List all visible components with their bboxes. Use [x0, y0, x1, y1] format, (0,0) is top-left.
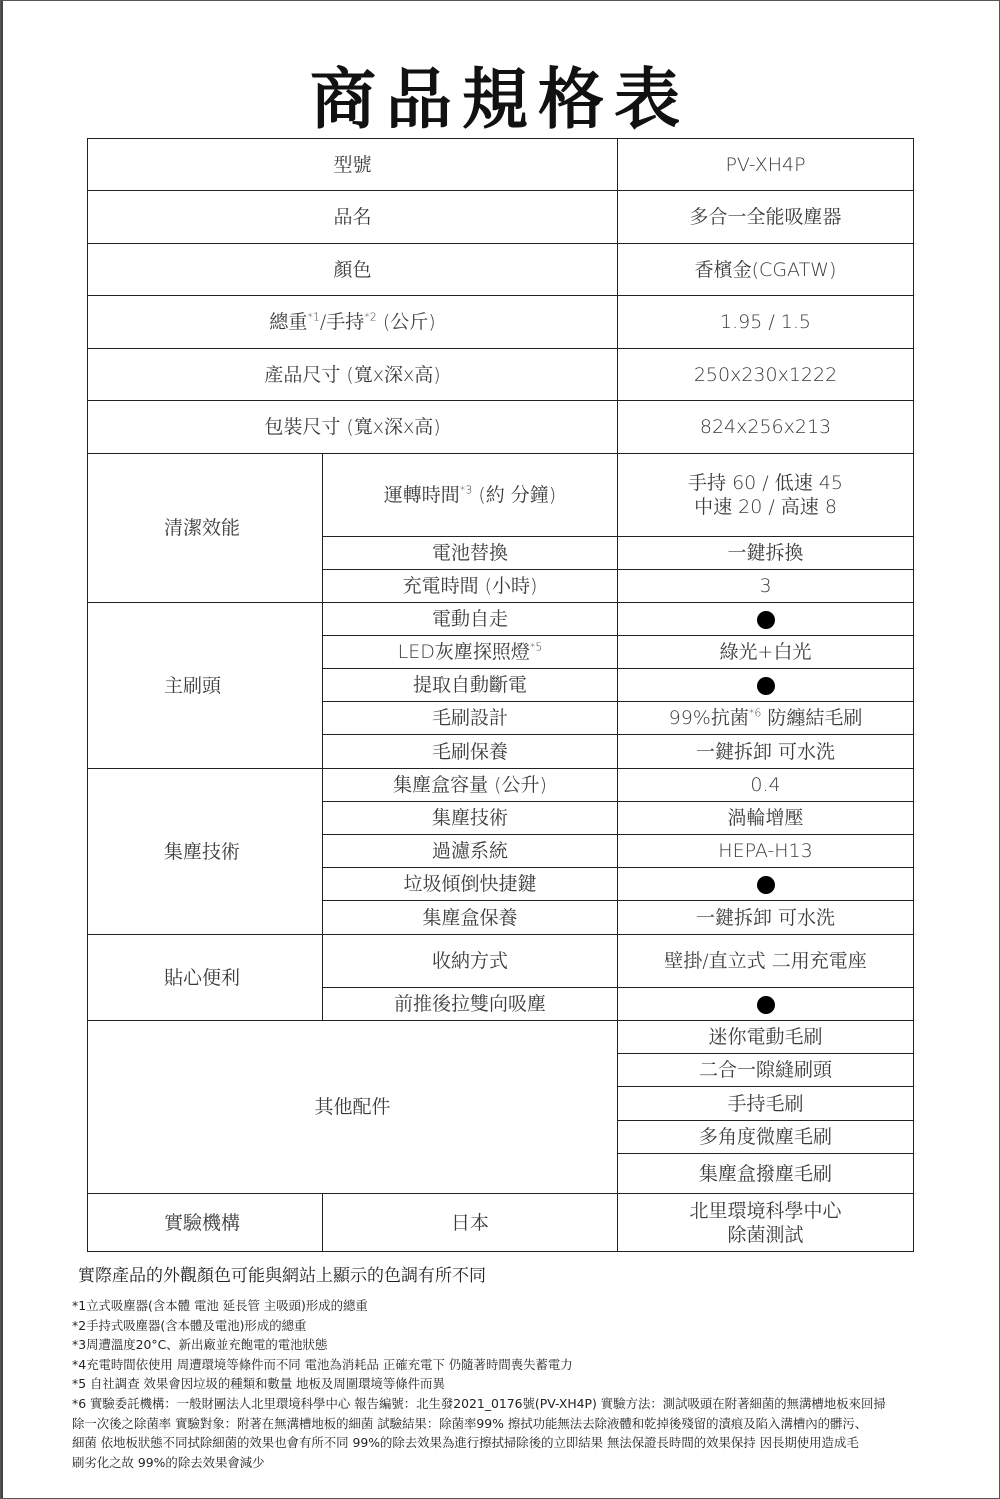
category-cell-cleaning: 清潔效能	[88, 454, 323, 603]
table-row: 集塵技術 集塵盒容量 (公升) 0.4	[88, 769, 914, 802]
label-text: (公斤)	[377, 311, 436, 333]
accessory-cell: 多角度微塵毛刷	[618, 1121, 914, 1154]
value-cell: 壁掛/直立式 二用充電座	[618, 935, 914, 988]
value-cell: 0.4	[618, 769, 914, 802]
footnote-6-cont: 除一次後之除菌率 實驗對象：附著在無溝槽地板的細菌 試驗結果：除菌率99% 擦拭…	[72, 1414, 932, 1434]
label-cell: 充電時間 (小時)	[323, 570, 618, 603]
label-cell: 前推後拉雙向吸塵	[323, 988, 618, 1021]
label-text: 總重	[269, 311, 307, 333]
label-cell: 包裝尺寸 (寬x深x高)	[88, 401, 618, 454]
footnote-5: *5 自社調查 效果會因垃圾的種類和數量 地板及周圍環境等條件而異	[72, 1374, 932, 1394]
feature-dot-icon	[757, 876, 775, 894]
label-cell: 集塵技術	[323, 802, 618, 835]
table-row-weight: 總重*1/手持*2 (公斤) 1.95 / 1.5	[88, 296, 914, 349]
feature-dot-icon	[757, 611, 775, 629]
page-title: 商品規格表	[0, 58, 1000, 142]
value-line: 除菌測試	[618, 1223, 913, 1247]
value-cell: 824x256x213	[618, 401, 914, 454]
table-row: 其他配件 迷你電動毛刷	[88, 1021, 914, 1054]
color-disclaimer: 實際產品的外觀顏色可能與網站上顯示的色調有所不同	[78, 1261, 486, 1286]
value-line: 北里環境科學中心	[618, 1199, 913, 1223]
label-cell: 型號	[88, 139, 618, 191]
value-cell: 3	[618, 570, 914, 603]
value-cell	[618, 669, 914, 702]
accessory-cell: 集塵盒撥塵毛刷	[618, 1154, 914, 1194]
footnote-1: *1立式吸塵器(含本體 電池 延長管 主吸頭)形成的總重	[72, 1296, 932, 1316]
value-cell: 多合一全能吸塵器	[618, 191, 914, 244]
value-text: 防纏結毛刷	[761, 707, 862, 729]
value-line: 中速 20 / 高速 8	[618, 495, 913, 519]
category-cell-brush: 主刷頭	[88, 603, 323, 769]
label-cell: 垃圾傾倒快捷鍵	[323, 868, 618, 901]
label-cell: 毛刷設計	[323, 702, 618, 735]
footnote-ref: *1	[307, 311, 320, 324]
accessory-cell: 二合一隙縫刷頭	[618, 1054, 914, 1087]
category-cell-lab: 實驗機構	[88, 1194, 323, 1252]
label-cell: 電池替換	[323, 537, 618, 570]
value-cell: 香檳金(CGATW)	[618, 244, 914, 296]
label-text: 運轉時間	[384, 484, 460, 506]
table-row: 清潔效能 運轉時間*3 (約 分鐘) 手持 60 / 低速 45中速 20 / …	[88, 454, 914, 537]
table-row-package-size: 包裝尺寸 (寬x深x高) 824x256x213	[88, 401, 914, 454]
label-cell: 日本	[323, 1194, 618, 1252]
label-cell: 過濾系統	[323, 835, 618, 868]
category-cell-dust: 集塵技術	[88, 769, 323, 935]
accessory-cell: 迷你電動毛刷	[618, 1021, 914, 1054]
table-row: 貼心便利 收納方式 壁掛/直立式 二用充電座	[88, 935, 914, 988]
label-cell: 產品尺寸 (寬x深x高)	[88, 349, 618, 401]
value-text: 99%抗菌	[669, 707, 749, 729]
spec-table: 型號 PV-XH4P 品名 多合一全能吸塵器 顏色 香檳金(CGATW) 總重*…	[87, 138, 914, 1252]
label-cell: 集塵盒容量 (公升)	[323, 769, 618, 802]
value-cell: 北里環境科學中心除菌測試	[618, 1194, 914, 1252]
value-cell: 一鍵拆卸 可水洗	[618, 901, 914, 935]
value-cell: HEPA-H13	[618, 835, 914, 868]
table-row-name: 品名 多合一全能吸塵器	[88, 191, 914, 244]
label-text: /手持	[320, 311, 364, 333]
value-cell: 渦輪增壓	[618, 802, 914, 835]
footnote-ref: *2	[364, 311, 377, 324]
table-row-color: 顏色 香檳金(CGATW)	[88, 244, 914, 296]
label-cell: 收納方式	[323, 935, 618, 988]
value-cell: 1.95 / 1.5	[618, 296, 914, 349]
footnote-3: *3周遭溫度20°C、新出廠並充飽電的電池狀態	[72, 1335, 932, 1355]
category-cell-accessories: 其他配件	[88, 1021, 618, 1194]
footnote-ref: *6	[749, 707, 762, 720]
footnote-6-cont: 細菌 依地板狀態不同拭除細菌的效果也會有所不同 99%的除去效果為進行擦拭掃除後…	[72, 1433, 932, 1453]
value-line: 手持 60 / 低速 45	[618, 471, 913, 495]
category-cell-convenience: 貼心便利	[88, 935, 323, 1021]
label-cell: 電動自走	[323, 603, 618, 636]
footnote-6: *6 實驗委託機構：一般財團法人北里環境科學中心 報告編號：北生發2021_01…	[72, 1394, 932, 1414]
table-row: 主刷頭 電動自走	[88, 603, 914, 636]
value-cell: 綠光+白光	[618, 636, 914, 669]
value-cell: 250x230x1222	[618, 349, 914, 401]
accessory-cell: 手持毛刷	[618, 1087, 914, 1121]
value-cell: PV-XH4P	[618, 139, 914, 191]
table-row-product-size: 產品尺寸 (寬x深x高) 250x230x1222	[88, 349, 914, 401]
label-cell: 集塵盒保養	[323, 901, 618, 935]
footnote-2: *2手持式吸塵器(含本體及電池)形成的總重	[72, 1316, 932, 1336]
table-row-lab: 實驗機構 日本 北里環境科學中心除菌測試	[88, 1194, 914, 1252]
label-cell: 提取自動斷電	[323, 669, 618, 702]
label-cell: 顏色	[88, 244, 618, 296]
value-cell: 手持 60 / 低速 45中速 20 / 高速 8	[618, 454, 914, 537]
value-cell: 一鍵拆換	[618, 537, 914, 570]
label-text: (約 分鐘)	[472, 484, 556, 506]
footnote-4: *4充電時間依使用 周遭環境等條件而不同 電池為消耗品 正確充電下 仍隨著時間喪…	[72, 1355, 932, 1375]
label-cell: 運轉時間*3 (約 分鐘)	[323, 454, 618, 537]
label-cell: 總重*1/手持*2 (公斤)	[88, 296, 618, 349]
value-cell	[618, 603, 914, 636]
footnote-ref: *5	[530, 641, 543, 654]
footnotes: *1立式吸塵器(含本體 電池 延長管 主吸頭)形成的總重 *2手持式吸塵器(含本…	[72, 1296, 932, 1472]
footnote-6-cont: 刷劣化之故 99%的除去效果會減少	[72, 1453, 932, 1473]
label-cell: 品名	[88, 191, 618, 244]
label-cell: 毛刷保養	[323, 735, 618, 769]
label-cell: LED灰塵探照燈*5	[323, 636, 618, 669]
footnote-ref: *3	[460, 484, 473, 497]
feature-dot-icon	[757, 996, 775, 1014]
value-cell: 99%抗菌*6 防纏結毛刷	[618, 702, 914, 735]
table-row-model: 型號 PV-XH4P	[88, 139, 914, 191]
value-cell	[618, 868, 914, 901]
feature-dot-icon	[757, 677, 775, 695]
label-text: LED灰塵探照燈	[398, 641, 530, 663]
value-cell	[618, 988, 914, 1021]
value-cell: 一鍵拆卸 可水洗	[618, 735, 914, 769]
